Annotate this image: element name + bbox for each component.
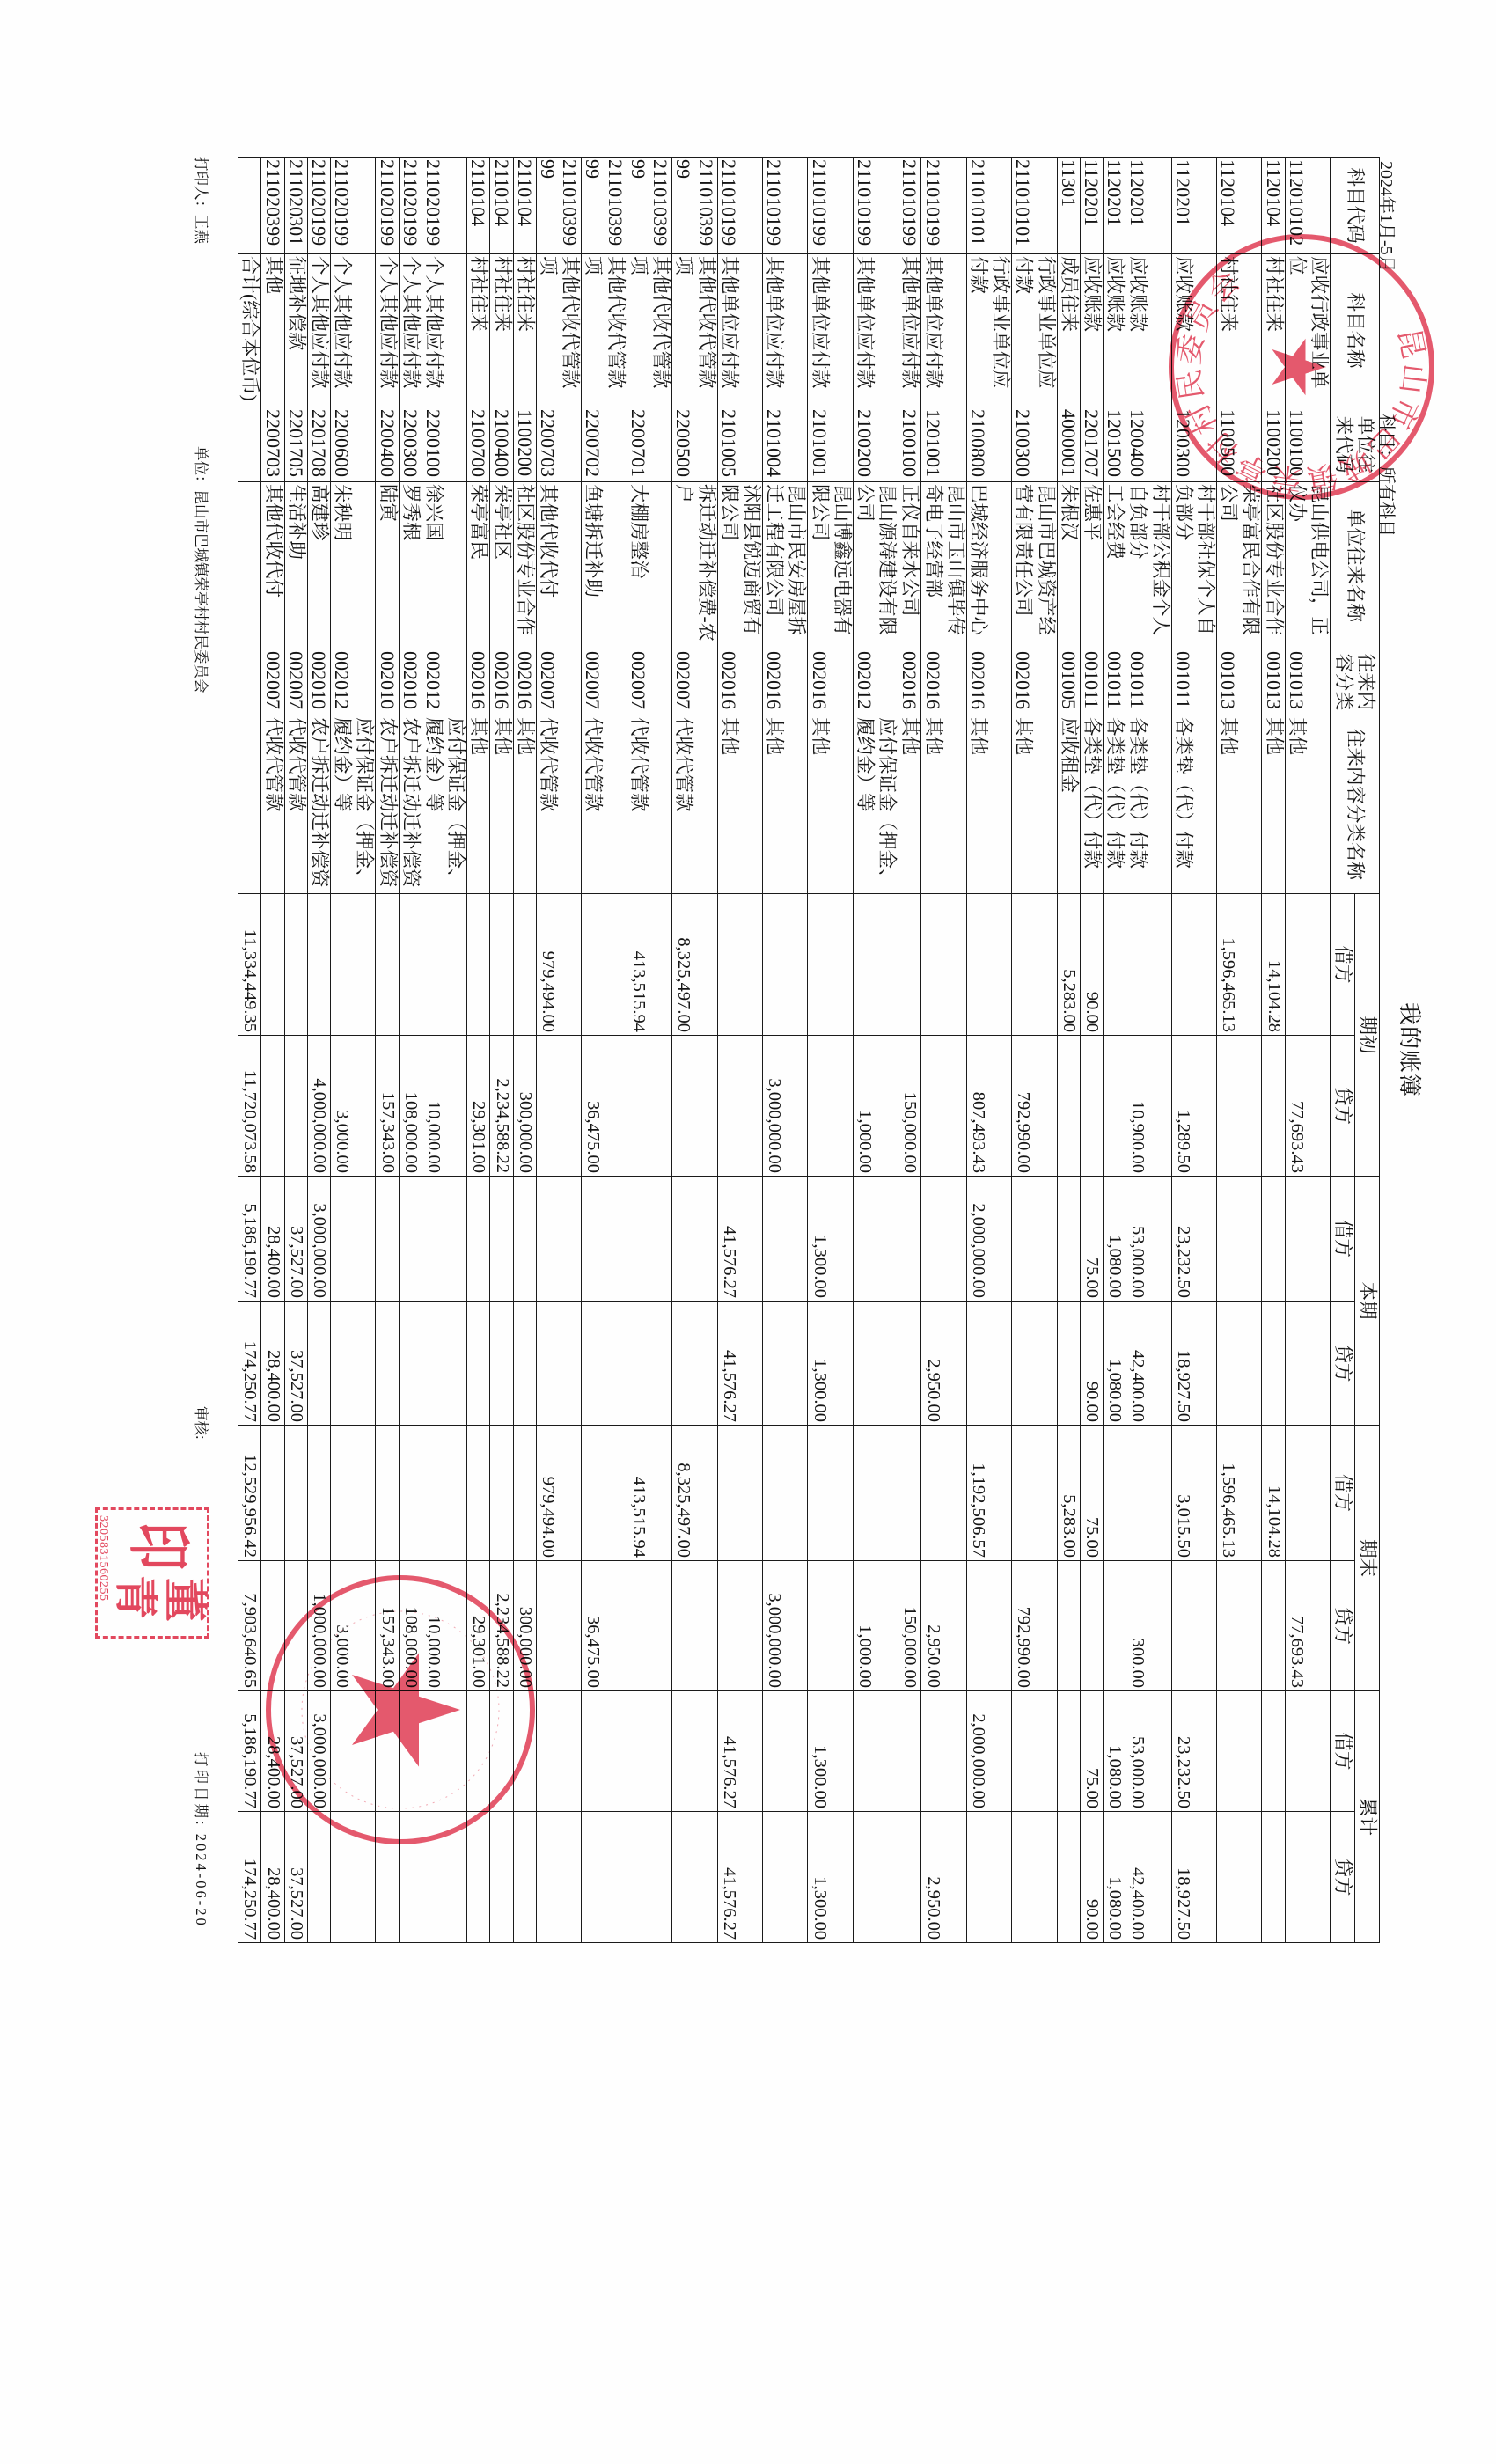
cell-class-name: 农户拆迁动迁补偿资: [307, 715, 330, 894]
cell-class-name: 应付保证金（押金、履约金）等: [422, 715, 466, 894]
cell-class-code: 002007: [627, 649, 671, 715]
header-class-name: 往来内容分类名称: [1331, 715, 1380, 894]
cell-subject-name: 征地补偿款: [284, 254, 307, 407]
village-seal-stamp: 昆山市巴城镇荣亭村村民委员会: [1166, 231, 1437, 502]
cell-subject-name: 其他: [261, 254, 284, 407]
cell-class-name: 代收代管款: [582, 715, 627, 894]
cell-unit-name: [238, 482, 261, 649]
cell-class-code: 002010: [307, 649, 330, 715]
cell-subject-name: 合计(综合本位币): [238, 254, 261, 407]
cell-subject-code: 2110104: [490, 158, 513, 254]
cell-closing-debit: 1,192,506.57: [966, 1426, 1011, 1561]
cell-period-debit: 23,232.50: [1171, 1177, 1216, 1302]
cell-class-name: 其他: [1262, 715, 1285, 894]
cell-opening-debit: [762, 894, 807, 1036]
cell-period-credit: [307, 1302, 330, 1426]
cell-period-debit: [422, 1177, 466, 1302]
cell-closing-debit: [513, 1426, 536, 1561]
cell-subject-code: 211020199: [331, 158, 376, 254]
cell-subject-code: 211010101: [1012, 158, 1057, 254]
finance-seal-stamp: [264, 1573, 537, 1846]
cell-opening-debit: [331, 894, 376, 1036]
cell-closing-credit: 1,000.00: [853, 1561, 898, 1691]
cell-subject-name: 个人其他应付款: [376, 254, 399, 407]
cell-closing-credit: [536, 1561, 581, 1691]
cell-class-name: 应付保证金（押金、履约金）等: [853, 715, 898, 894]
cell-unit-name: 昆山市民安房屋拆迁工程有限公司: [762, 482, 807, 649]
cell-subject-code: [238, 158, 261, 254]
cell-opening-debit: [808, 894, 853, 1036]
cell-closing-credit: [1057, 1561, 1080, 1691]
cell-class-name: 代收代管款: [672, 715, 717, 894]
cell-opening-debit: 8,325,497.00: [672, 894, 717, 1036]
ledger-row: 211010199其他单位应付款2101005沭阳县锐迈商贸有限公司002016…: [717, 158, 762, 1943]
header-period-debit: 借方: [1331, 1177, 1355, 1302]
cell-opening-debit: 11,334,449.35: [238, 894, 261, 1036]
header-class-code: 往来内容分类: [1331, 649, 1380, 715]
star-icon: [352, 1653, 460, 1766]
cell-period-debit: [399, 1177, 422, 1302]
cell-unit-name: 昆山市玉山镇毕传奇电子经营部: [921, 482, 966, 649]
cell-class-code: 002012: [422, 649, 466, 715]
cell-opening-debit: [376, 894, 399, 1036]
header-closing-credit: 贷方: [1331, 1561, 1355, 1691]
cell-cumulative-credit: [898, 1812, 921, 1943]
cell-period-credit: [422, 1302, 466, 1426]
cell-class-name: 农户拆迁动迁补偿资: [376, 715, 399, 894]
cell-opening-credit: 10,000.00: [422, 1036, 466, 1177]
cell-period-debit: [627, 1177, 671, 1302]
ledger-row: 211010101行政事业单位应付款2100800巴城经济服务中心002016其…: [966, 158, 1011, 1943]
cell-unit-code: 2101004: [762, 407, 807, 482]
cell-opening-credit: 3,000.00: [331, 1036, 376, 1177]
cell-period-debit: [467, 1177, 490, 1302]
cell-cumulative-debit: [921, 1691, 966, 1812]
cell-unit-code: 1100200: [513, 407, 536, 482]
cell-opening-credit: 150,000.00: [898, 1036, 921, 1177]
cell-subject-name: 个人其他应付款: [399, 254, 422, 407]
star-icon: [1272, 339, 1327, 396]
cell-class-name: 代收代管款: [284, 715, 307, 894]
ledger-row: 21101039999其他代收代管款项2200702鱼塘拆迁补助002007代收…: [582, 158, 627, 1943]
cell-unit-code: 2201707: [1080, 407, 1103, 482]
cell-subject-name: 应收账款: [1126, 254, 1171, 407]
cell-period-debit: [1262, 1177, 1285, 1302]
cell-opening-credit: [627, 1036, 671, 1177]
cell-class-name: 其他: [1216, 715, 1261, 894]
ledger-row: 211010199其他单位应付款2100200昆山源涛建设有限公司002012应…: [853, 158, 898, 1943]
cell-subject-code: 211010199: [717, 158, 762, 254]
cell-opening-debit: [1012, 894, 1057, 1036]
cell-cumulative-credit: [536, 1812, 581, 1943]
cell-unit-code: 2200600: [331, 407, 376, 482]
cell-opening-credit: [1080, 1036, 1103, 1177]
cell-opening-debit: 979,494.00: [536, 894, 581, 1036]
cell-opening-credit: 792,990.00: [1012, 1036, 1057, 1177]
cell-class-name: 各类垫（代）付款: [1171, 715, 1216, 894]
cell-period-debit: [898, 1177, 921, 1302]
cell-period-credit: 90.00: [1080, 1302, 1103, 1426]
cell-unit-name: 昆山源涛建设有限公司: [853, 482, 898, 649]
print-date: 打印日期: 2024-06-20: [192, 1752, 213, 1928]
cell-closing-debit: [261, 1426, 284, 1561]
cell-closing-credit: [1216, 1561, 1261, 1691]
cell-subject-name: 个人其他应付款: [422, 254, 466, 407]
cell-opening-debit: [921, 894, 966, 1036]
cell-closing-debit: [853, 1426, 898, 1561]
cell-class-name: 应收租金: [1057, 715, 1080, 894]
cell-period-credit: [582, 1302, 627, 1426]
cell-period-credit: [1262, 1302, 1285, 1426]
cell-subject-code: 2110104: [467, 158, 490, 254]
cell-class-code: 001011: [1103, 649, 1126, 715]
cell-period-credit: 37,527.00: [284, 1302, 307, 1426]
cell-period-credit: [513, 1302, 536, 1426]
cell-unit-code: 4000001: [1057, 407, 1080, 482]
cell-opening-debit: 413,515.94: [627, 894, 671, 1036]
cell-closing-debit: [1012, 1426, 1057, 1561]
cell-closing-debit: [422, 1426, 466, 1561]
cell-closing-debit: [399, 1426, 422, 1561]
cell-class-name: 其他: [808, 715, 853, 894]
cell-cumulative-credit: 18,927.50: [1171, 1812, 1216, 1943]
cell-unit-code: [238, 407, 261, 482]
cell-unit-code: 2200500: [672, 407, 717, 482]
cell-unit-code: 2200702: [582, 407, 627, 482]
ledger-row: 211010101行政事业单位应付款2100300昆山市巴城资产经营有限责任公司…: [1012, 158, 1057, 1943]
cell-unit-name: 社区股份专业合作: [513, 482, 536, 649]
cell-period-credit: 174,250.77: [238, 1302, 261, 1426]
cell-cumulative-credit: [762, 1812, 807, 1943]
cell-period-credit: [966, 1302, 1011, 1426]
cell-unit-name: 巴城经济服务中心: [966, 482, 1011, 649]
cell-period-credit: [1012, 1302, 1057, 1426]
cell-period-debit: [331, 1177, 376, 1302]
cell-subject-name: 其他单位应付款: [717, 254, 762, 407]
cell-opening-debit: [1126, 894, 1171, 1036]
cell-period-debit: 2,000,000.00: [966, 1177, 1011, 1302]
cell-closing-debit: 75.00: [1080, 1426, 1103, 1561]
cell-opening-debit: [307, 894, 330, 1036]
cell-subject-code: 211010199: [898, 158, 921, 254]
cell-closing-debit: [490, 1426, 513, 1561]
cell-cumulative-credit: [627, 1812, 671, 1943]
cell-cumulative-debit: [898, 1691, 921, 1812]
cell-cumulative-debit: [1057, 1691, 1080, 1812]
cell-unit-code: 2200701: [627, 407, 671, 482]
printed-by: 打印人：王燕: [192, 157, 213, 244]
cell-cumulative-debit: [762, 1691, 807, 1812]
cell-cumulative-debit: [853, 1691, 898, 1812]
cell-class-code: 002016: [921, 649, 966, 715]
cell-unit-code: 2100400: [490, 407, 513, 482]
cell-unit-code: 2200703: [536, 407, 581, 482]
unit-name-footer: 单位：昆山市巴城镇荣亭村村民委员会: [192, 446, 213, 693]
cell-closing-debit: [717, 1426, 762, 1561]
cell-unit-name: 佐惠平: [1080, 482, 1103, 649]
cell-closing-credit: 3,000,000.00: [762, 1561, 807, 1691]
cell-class-code: 002016: [1012, 649, 1057, 715]
cell-closing-debit: [467, 1426, 490, 1561]
ledger-row: 1120201应收账款1201500工会经费001011各类垫（代）付款1,08…: [1103, 158, 1126, 1943]
header-opening-credit: 贷方: [1331, 1036, 1355, 1177]
cell-cumulative-credit: [1285, 1812, 1330, 1943]
cell-closing-debit: 3,015.50: [1171, 1426, 1216, 1561]
cell-class-code: 001011: [1126, 649, 1171, 715]
header-unit-name: 单位往来名称: [1331, 482, 1380, 649]
header-closing: 期末: [1355, 1426, 1380, 1691]
cell-closing-credit: [966, 1561, 1011, 1691]
cell-closing-credit: [1080, 1561, 1103, 1691]
cell-subject-code: 1120201: [1103, 158, 1126, 254]
cell-opening-credit: 1,289.50: [1171, 1036, 1216, 1177]
cell-unit-code: 2201705: [284, 407, 307, 482]
cell-class-code: 002007: [536, 649, 581, 715]
cell-period-credit: [467, 1302, 490, 1426]
cell-unit-name: 昆山博鑫远电器有限公司: [808, 482, 853, 649]
cell-unit-name: 村干部公积金个人自负部分: [1126, 482, 1171, 649]
cell-opening-credit: 36,475.00: [582, 1036, 627, 1177]
cell-period-credit: [331, 1302, 376, 1426]
cell-opening-debit: [513, 894, 536, 1036]
cell-cumulative-credit: [1057, 1812, 1080, 1943]
cell-class-name: 其他: [966, 715, 1011, 894]
cell-opening-debit: [1285, 894, 1330, 1036]
cell-subject-code: 211020199: [399, 158, 422, 254]
cell-subject-code: 11301: [1057, 158, 1080, 254]
cell-opening-credit: [672, 1036, 717, 1177]
ledger-page: 我的账簿 2024年1月-5月 科目：所有科目 科目代码 科目名称 单位往来代码…: [0, 0, 1496, 2464]
cell-class-name: 其他: [717, 715, 762, 894]
cell-cumulative-credit: 174,250.77: [238, 1812, 261, 1943]
cell-class-code: 001011: [1080, 649, 1103, 715]
cell-unit-code: 2100700: [467, 407, 490, 482]
cell-period-credit: [898, 1302, 921, 1426]
seal-char: 董: [163, 1578, 207, 1622]
cell-unit-name: 村干部社保个人自负部分: [1171, 482, 1216, 649]
cell-subject-name: 其他单位应付款: [762, 254, 807, 407]
header-period-credit: 贷方: [1331, 1302, 1355, 1426]
cell-subject-code: 211010101: [966, 158, 1011, 254]
cell-period-debit: [513, 1177, 536, 1302]
cell-period-credit: [536, 1302, 581, 1426]
cell-class-code: 001013: [1262, 649, 1285, 715]
cell-cumulative-credit: [1262, 1812, 1285, 1943]
cell-class-code: 001013: [1216, 649, 1261, 715]
cell-period-debit: [762, 1177, 807, 1302]
cell-period-credit: [627, 1302, 671, 1426]
cell-cumulative-credit: [582, 1812, 627, 1943]
cell-subject-name: 应收账款: [1103, 254, 1126, 407]
seal-number: 3205831560255: [96, 1515, 110, 1602]
cell-period-debit: 53,000.00: [1126, 1177, 1171, 1302]
cell-opening-credit: [1216, 1036, 1261, 1177]
cell-closing-credit: [1171, 1561, 1216, 1691]
ledger-row: 11301成员往来4000001朱根汉001005应收租金5,283.005,2…: [1057, 158, 1080, 1943]
cell-period-credit: 42,400.00: [1126, 1302, 1171, 1426]
cell-period-credit: [1285, 1302, 1330, 1426]
cell-unit-code: 1201500: [1103, 407, 1126, 482]
header-closing-debit: 借方: [1331, 1426, 1355, 1561]
cell-opening-debit: [490, 894, 513, 1036]
cell-class-name: 其他: [1012, 715, 1057, 894]
cell-period-debit: 1,300.00: [808, 1177, 853, 1302]
cell-opening-credit: 157,343.00: [376, 1036, 399, 1177]
cell-subject-code: 211010199: [762, 158, 807, 254]
cell-subject-code: 211020199: [422, 158, 466, 254]
cell-class-code: [238, 649, 261, 715]
cell-cumulative-debit: 53,000.00: [1126, 1691, 1171, 1812]
cell-opening-credit: [284, 1036, 307, 1177]
cell-closing-debit: [808, 1426, 853, 1561]
cell-period-credit: [1216, 1302, 1261, 1426]
cell-period-debit: 3,000,000.00: [307, 1177, 330, 1302]
cell-opening-credit: 29,301.00: [467, 1036, 490, 1177]
cell-unit-code: 2101001: [808, 407, 853, 482]
cell-unit-name: 工会经费: [1103, 482, 1126, 649]
cell-cumulative-credit: [966, 1812, 1011, 1943]
cell-closing-credit: 150,000.00: [898, 1561, 921, 1691]
cell-cumulative-credit: 90.00: [1080, 1812, 1103, 1943]
cell-cumulative-credit: 41,576.27: [717, 1812, 762, 1943]
ledger-row: 21101039999其他代收代管款项2200701大棚房整治002007代收代…: [627, 158, 671, 1943]
cell-unit-code: 2100100: [898, 407, 921, 482]
cell-unit-name: 罗秀根: [399, 482, 422, 649]
cell-class-name: 其他: [490, 715, 513, 894]
cell-subject-name: 行政事业单位应付款: [966, 254, 1011, 407]
cell-cumulative-credit: 42,400.00: [1126, 1812, 1171, 1943]
cell-subject-name: 其他代收代管款项: [672, 254, 717, 407]
cell-closing-credit: 2,950.00: [921, 1561, 966, 1691]
cell-subject-name: 村社往来: [490, 254, 513, 407]
cell-class-code: 001013: [1285, 649, 1330, 715]
cell-opening-debit: 14,104.28: [1262, 894, 1285, 1036]
cell-closing-debit: [898, 1426, 921, 1561]
cell-closing-credit: [1262, 1561, 1285, 1691]
cell-period-credit: 28,400.00: [261, 1302, 284, 1426]
cell-period-credit: 1,300.00: [808, 1302, 853, 1426]
cell-cumulative-debit: [1285, 1691, 1330, 1812]
cell-subject-code: 211010199: [808, 158, 853, 254]
reviewer-label: 审核:: [192, 1406, 213, 1440]
cell-unit-code: 2101005: [717, 407, 762, 482]
cell-period-debit: [672, 1177, 717, 1302]
cell-subject-name: 成员往来: [1057, 254, 1080, 407]
cell-subject-code: 21101039999: [672, 158, 717, 254]
cell-subject-code: 211020199: [376, 158, 399, 254]
cell-cumulative-debit: [1012, 1691, 1057, 1812]
cell-class-code: 002016: [513, 649, 536, 715]
cell-subject-name: 村社往来: [467, 254, 490, 407]
header-cumulative-debit: 借方: [1331, 1691, 1355, 1812]
cell-period-credit: [762, 1302, 807, 1426]
cell-opening-credit: 807,493.43: [966, 1036, 1011, 1177]
ledger-row: 211010199其他单位应付款2101001昆山博鑫远电器有限公司002016…: [808, 158, 853, 1943]
cell-opening-credit: [261, 1036, 284, 1177]
page-title: 我的账簿: [1395, 962, 1427, 1138]
cell-unit-name: 荣亭富民: [467, 482, 490, 649]
cell-closing-debit: 979,494.00: [536, 1426, 581, 1561]
cell-class-code: 001005: [1057, 649, 1080, 715]
cell-opening-debit: [1103, 894, 1126, 1036]
header-opening: 期初: [1355, 894, 1380, 1177]
cell-opening-debit: 90.00: [1080, 894, 1103, 1036]
cell-class-name: 其他: [921, 715, 966, 894]
cell-cumulative-credit: [1216, 1812, 1261, 1943]
cell-class-name: 各类垫（代）付款: [1080, 715, 1103, 894]
cell-period-credit: 41,576.27: [717, 1302, 762, 1426]
cell-cumulative-debit: 2,000,000.00: [966, 1691, 1011, 1812]
cell-closing-credit: [1103, 1561, 1126, 1691]
cell-opening-debit: [898, 894, 921, 1036]
cell-closing-debit: [762, 1426, 807, 1561]
cell-closing-debit: 12,529,956.42: [238, 1426, 261, 1561]
cell-closing-credit: 300.00: [1126, 1561, 1171, 1691]
cell-period-debit: [1012, 1177, 1057, 1302]
cell-subject-code: 21101039999: [582, 158, 627, 254]
cell-class-code: 002016: [490, 649, 513, 715]
cell-opening-credit: 10,900.00: [1126, 1036, 1171, 1177]
cell-class-code: 002016: [762, 649, 807, 715]
cell-closing-debit: [1285, 1426, 1330, 1561]
cell-class-code: 002016: [808, 649, 853, 715]
cell-subject-name: 其他单位应付款: [898, 254, 921, 407]
cell-class-code: 002010: [376, 649, 399, 715]
cell-cumulative-credit: 1,080.00: [1103, 1812, 1126, 1943]
cell-unit-name: 拆迁动迁补偿费-农户: [672, 482, 717, 649]
cell-period-debit: 5,186,190.77: [238, 1177, 261, 1302]
cell-unit-name: 荣亭社区: [490, 482, 513, 649]
ledger-row: 211010199其他单位应付款2100100正仪自来水公司002016其他15…: [898, 158, 921, 1943]
cell-class-code: 002007: [284, 649, 307, 715]
cell-cumulative-debit: [672, 1691, 717, 1812]
cell-unit-code: 1201001: [921, 407, 966, 482]
cell-closing-debit: [284, 1426, 307, 1561]
cell-opening-credit: 2,234,588.22: [490, 1036, 513, 1177]
cell-subject-name: 其他单位应付款: [808, 254, 853, 407]
cell-closing-credit: 77,693.43: [1285, 1561, 1330, 1691]
cell-unit-name: 陆寅: [376, 482, 399, 649]
cell-unit-code: 2100300: [1012, 407, 1057, 482]
cell-unit-code: 2100200: [853, 407, 898, 482]
cell-opening-debit: [582, 894, 627, 1036]
cell-unit-name: 徐兴国: [422, 482, 466, 649]
cell-subject-name: 其他单位应付款: [921, 254, 966, 407]
cell-opening-credit: 77,693.43: [1285, 1036, 1330, 1177]
cell-closing-debit: [307, 1426, 330, 1561]
cell-closing-debit: [582, 1426, 627, 1561]
cell-class-name: 代收代管款: [627, 715, 671, 894]
cell-cumulative-debit: 41,576.27: [717, 1691, 762, 1812]
cell-period-credit: [1057, 1302, 1080, 1426]
cell-class-code: 002007: [261, 649, 284, 715]
cell-cumulative-debit: [1262, 1691, 1285, 1812]
cell-subject-name: 其他代收代管款项: [582, 254, 627, 407]
cell-period-debit: 75.00: [1080, 1177, 1103, 1302]
cell-unit-code: 2100800: [966, 407, 1011, 482]
cell-class-name: 农户拆迁动迁补偿资: [399, 715, 422, 894]
cell-period-debit: [490, 1177, 513, 1302]
cell-unit-name: 高建珍: [307, 482, 330, 649]
cell-class-name: 其他: [898, 715, 921, 894]
cell-period-debit: [853, 1177, 898, 1302]
cell-class-code: 002016: [467, 649, 490, 715]
cell-period-credit: [853, 1302, 898, 1426]
cell-subject-name: 村社往来: [513, 254, 536, 407]
header-cumulative: 累计: [1355, 1691, 1380, 1943]
cell-subject-name: 其他代收代管款项: [536, 254, 581, 407]
cell-subject-code: 1120201: [1080, 158, 1103, 254]
